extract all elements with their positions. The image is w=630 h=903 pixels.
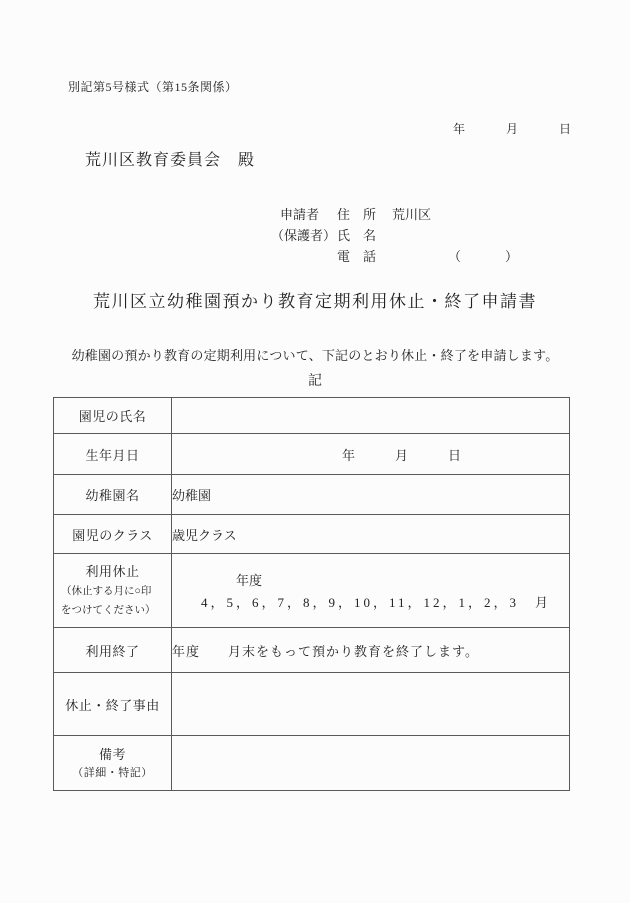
- remarks-label: 備考: [54, 745, 171, 765]
- applicant-guardian-label: （保護者）: [271, 225, 336, 244]
- applicant-phone-blank: （ ）: [448, 246, 524, 265]
- class-label: 園児のクラス: [54, 515, 172, 554]
- use-pause-note-line2: をつけてください）: [54, 601, 171, 620]
- table-row-remarks: 備考 （詳細・特記）: [54, 736, 570, 791]
- use-pause-label: 利用休止: [54, 562, 171, 582]
- reason-label: 休止・終了事由: [54, 673, 172, 736]
- use-pause-note-line1: （休止する月に○印: [54, 582, 171, 601]
- birth-month-label: 月: [395, 445, 408, 464]
- record-marker: 記: [0, 370, 630, 390]
- date-month-label: 月: [506, 120, 518, 137]
- table-row-birth-date: 生年月日 年 月 日: [54, 434, 570, 475]
- date-year-blank: [465, 120, 506, 137]
- class-field: 歳児クラス: [172, 515, 570, 554]
- form-number: 別記第5号様式（第15条関係）: [68, 78, 238, 95]
- table-row-kindergarten: 幼稚園名 幼稚園: [54, 475, 570, 515]
- use-pause-field: 年度 4，5，6，7，8，9，10，11，12，1，2，3 月: [172, 554, 570, 628]
- kindergarten-field: 幼稚園: [172, 475, 570, 515]
- birth-year-label: 年: [342, 445, 355, 464]
- date-year-label: 年: [453, 120, 465, 137]
- birth-date-label: 生年月日: [54, 434, 172, 475]
- application-table: 園児の氏名 生年月日 年 月 日 幼稚園名 幼稚園 園児のクラス 歳児クラス: [53, 397, 570, 791]
- use-pause-months: 4，5，6，7，8，9，10，11，12，1，2，3 月: [172, 592, 569, 614]
- applicant-address-label: 住 所: [337, 204, 376, 223]
- use-end-field: 年度 月末をもって預かり教育を終了します。: [172, 628, 570, 673]
- addressee: 荒川区教育委員会 殿: [85, 147, 255, 170]
- date-day-label: 日: [559, 120, 571, 137]
- table-row-use-end: 利用終了 年度 月末をもって預かり教育を終了します。: [54, 628, 570, 673]
- table-row-reason: 休止・終了事由: [54, 673, 570, 736]
- remarks-note: （詳細・特記）: [54, 765, 171, 782]
- use-end-label: 利用終了: [54, 628, 172, 673]
- child-name-field: [172, 398, 570, 434]
- applicant-phone-label: 電 話: [337, 246, 376, 265]
- declaration-text: 幼稚園の預かり教育の定期利用について、下記のとおり休止・終了を申請します。: [0, 345, 630, 364]
- application-form-page: 別記第5号様式（第15条関係） 年 月 日 荒川区教育委員会 殿 申請者 住 所…: [0, 0, 630, 903]
- reason-field: [172, 673, 570, 736]
- kindergarten-label: 幼稚園名: [54, 475, 172, 515]
- child-name-label: 園児の氏名: [54, 398, 172, 434]
- table-row-class: 園児のクラス 歳児クラス: [54, 515, 570, 554]
- date-month-blank: [518, 120, 559, 137]
- page-title: 荒川区立幼稚園預かり教育定期利用休止・終了申請書: [0, 287, 630, 312]
- applicant-role-label: 申請者: [280, 204, 319, 223]
- date-line: 年 月 日: [453, 120, 571, 137]
- remarks-field: [172, 736, 570, 791]
- remarks-label-cell: 備考 （詳細・特記）: [54, 736, 172, 791]
- birth-day-label: 日: [448, 445, 461, 464]
- table-row-use-pause: 利用休止 （休止する月に○印 をつけてください） 年度 4，5，6，7，8，9，…: [54, 554, 570, 628]
- use-pause-fiscal-year: 年度: [172, 568, 569, 592]
- birth-date-field: 年 月 日: [172, 434, 570, 475]
- applicant-name-label: 氏 名: [337, 225, 376, 244]
- birth-date-blank-line: 年 月 日: [172, 445, 569, 464]
- use-pause-label-cell: 利用休止 （休止する月に○印 をつけてください）: [54, 554, 172, 628]
- table-row-child-name: 園児の氏名: [54, 398, 570, 434]
- applicant-address-value: 荒川区: [392, 204, 431, 223]
